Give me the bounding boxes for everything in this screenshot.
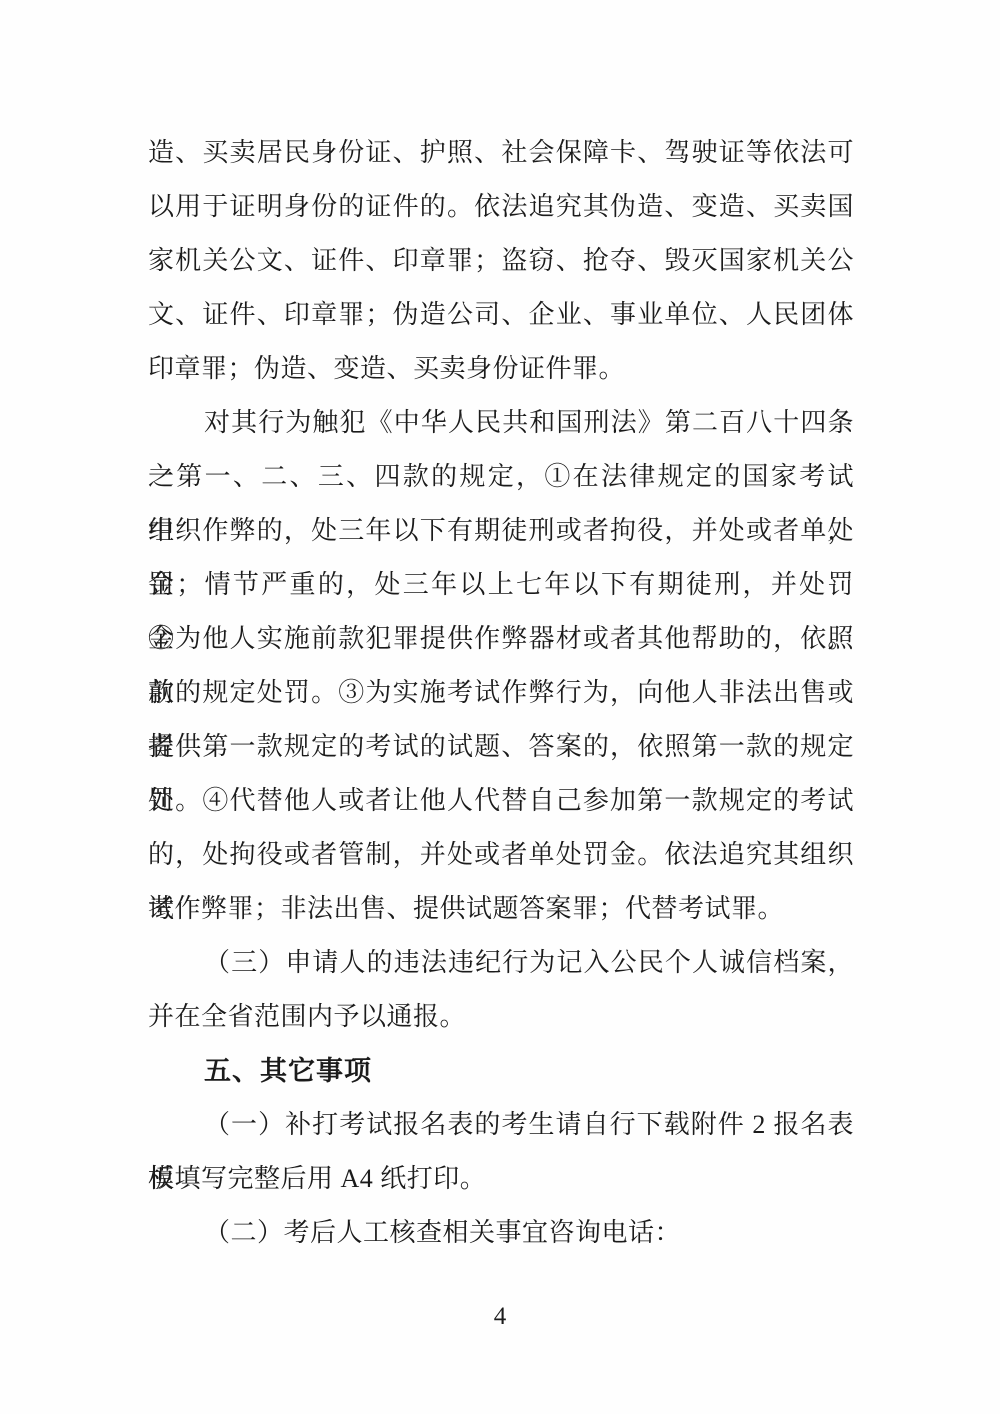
text-line: 板填写完整后用 A4 纸打印。 [148, 1152, 854, 1206]
text-line: 家机关公文、证件、印章罪；盗窃、抢夺、毁灭国家机关公 [148, 234, 854, 288]
document-text: 造、买卖居民身份证、护照、社会保障卡、驾驶证等依法可以用于证明身份的证件的。依法… [148, 126, 854, 1260]
text-line: 试作弊罪；非法出售、提供试题答案罪；代替考试罪。 [148, 882, 854, 936]
text-line: 提供第一款规定的考试的试题、答案的，依照第一款的规定处 [148, 720, 854, 774]
text-line: 印章罪；伪造、变造、买卖身份证件罪。 [148, 342, 854, 396]
text-line: （一）补打考试报名表的考生请自行下载附件 2 报名表模 [148, 1098, 854, 1152]
text-line: 以用于证明身份的证件的。依法追究其伪造、变造、买卖国 [148, 180, 854, 234]
text-line: 对其行为触犯《中华人民共和国刑法》第二百八十四条之 [148, 396, 854, 450]
text-line: ②为他人实施前款犯罪提供作弊器材或者其他帮助的，依照前 [148, 612, 854, 666]
text-line: 并在全省范围内予以通报。 [148, 990, 854, 1044]
text-line: 罚。④代替他人或者让他人代替自己参加第一款规定的考试 [148, 774, 854, 828]
text-line: （三）申请人的违法违纪行为记入公民个人诚信档案， [148, 936, 854, 990]
text-line: 组织作弊的，处三年以下有期徒刑或者拘役，并处或者单处罚 [148, 504, 854, 558]
text-line: 的，处拘役或者管制，并处或者单处罚金。依法追究其组织考 [148, 828, 854, 882]
text-line: 造、买卖居民身份证、护照、社会保障卡、驾驶证等依法可 [148, 126, 854, 180]
section-heading: 五、其它事项 [148, 1044, 854, 1098]
page-number: 4 [0, 1303, 1000, 1331]
text-line: 款的规定处罚。③为实施考试作弊行为，向他人非法出售或者 [148, 666, 854, 720]
text-line: 文、证件、印章罪；伪造公司、企业、事业单位、人民团体 [148, 288, 854, 342]
text-line: 金；情节严重的，处三年以上七年以下有期徒刑，并处罚金。 [148, 558, 854, 612]
text-line: 一第一、二、三、四款的规定，①在法律规定的国家考试中， [148, 450, 854, 504]
text-line: （二）考后人工核查相关事宜咨询电话： [148, 1206, 854, 1260]
document-page: 造、买卖居民身份证、护照、社会保障卡、驾驶证等依法可以用于证明身份的证件的。依法… [0, 0, 1000, 1414]
